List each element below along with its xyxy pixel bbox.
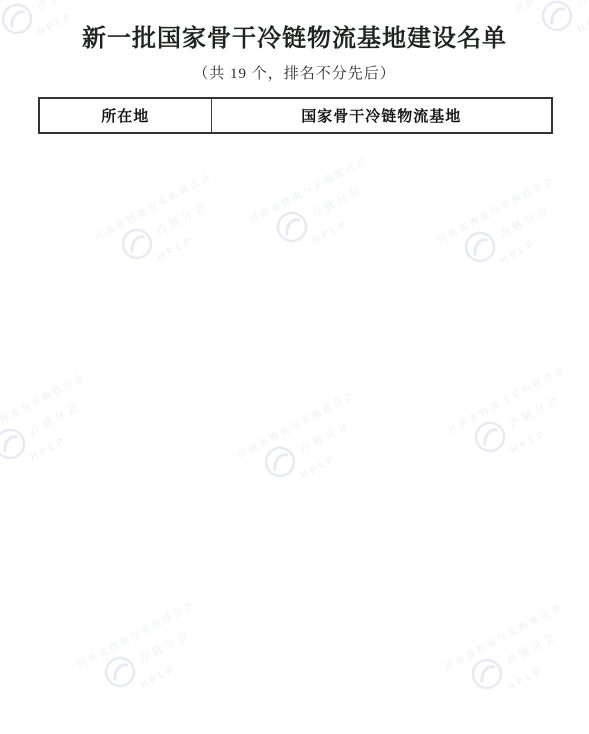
header-location: 所在地 bbox=[39, 98, 211, 133]
watermark-branch-text: 冷链分会 bbox=[36, 0, 91, 12]
watermark: 河南省物流与采购联合会冷链分会HPLP bbox=[425, 354, 589, 489]
header-base-name: 国家骨干冷链物流基地 bbox=[211, 98, 552, 133]
watermark-branch-text: 冷链分会 bbox=[29, 401, 84, 437]
watermark-abbr-text: HPLP bbox=[444, 632, 589, 725]
watermark: 河南省物流与采购联合会冷链分会HPLP bbox=[415, 164, 589, 299]
watermark-org-text: 河南省物流与采购联合会 bbox=[415, 164, 579, 257]
watermark-abbr-text: HPLP bbox=[249, 185, 413, 278]
document: 新一批国家骨干冷链物流基地建设名单 （共 19 个，排名不分先后） 所在地 国家… bbox=[0, 18, 589, 134]
watermark-org-text: 河南省物流与采购联合会 bbox=[425, 354, 589, 447]
watermark-abbr-text: HPLP bbox=[237, 420, 401, 513]
watermark-org-text: 河南省物流与采购联合会 bbox=[215, 379, 379, 472]
cold-chain-base-table: 所在地 国家骨干冷链物流基地 bbox=[38, 97, 553, 134]
watermark-abbr-text: HPLP bbox=[94, 202, 258, 295]
watermark-branch-text: 冷链分会 bbox=[311, 184, 366, 220]
watermark-logo-icon bbox=[115, 222, 158, 265]
watermark-logo-icon bbox=[0, 422, 32, 465]
page-title: 新一批国家骨干冷链物流基地建设名单 bbox=[0, 18, 589, 53]
watermark: 河南省物流与采购联合会冷链分会HPLP bbox=[72, 161, 258, 296]
watermark-org-text: 河南省物流与采购联合会 bbox=[72, 161, 236, 254]
watermark: 河南省物流与采购联合会冷链分会HPLP bbox=[227, 144, 413, 279]
watermark-branch-text: 冷链分会 bbox=[506, 631, 561, 667]
watermark-logo-icon bbox=[458, 225, 501, 268]
watermark-branch-text: 冷链分会 bbox=[139, 629, 194, 665]
watermark-logo-icon bbox=[468, 415, 511, 458]
watermark-branch-text: 冷链分会 bbox=[576, 0, 589, 9]
watermark-abbr-text: HPLP bbox=[77, 630, 241, 723]
watermark: 河南省物流与采购联合会冷链分会HPLP bbox=[215, 379, 401, 514]
watermark-logo-icon bbox=[98, 650, 141, 693]
watermark-org-text: 河南省物流与采购联合会 bbox=[227, 144, 391, 237]
watermark-org-text: 河南省物流与采购联合会 bbox=[55, 589, 219, 682]
watermark: 河南省物流与采购联合会冷链分会HPLP bbox=[0, 361, 131, 496]
watermark-branch-text: 冷链分会 bbox=[156, 201, 211, 237]
watermark-abbr-text: HPLP bbox=[447, 395, 589, 488]
watermark-branch-text: 冷链分会 bbox=[509, 394, 564, 430]
watermark: 河南省物流与采购联合会冷链分会HPLP bbox=[422, 591, 589, 726]
watermark-logo-icon bbox=[270, 205, 313, 248]
watermark-branch-text: 冷链分会 bbox=[299, 419, 354, 455]
watermark-branch-text: 冷链分会 bbox=[499, 204, 554, 240]
watermark-org-text: 河南省物流与采购联合会 bbox=[422, 591, 586, 684]
watermark-abbr-text: HPLP bbox=[437, 205, 589, 298]
watermark: 河南省物流与采购联合会冷链分会HPLP bbox=[55, 589, 241, 724]
watermark-abbr-text: HPLP bbox=[0, 402, 131, 495]
page-subtitle: （共 19 个，排名不分先后） bbox=[0, 62, 589, 83]
watermark-org-text: 河南省物流与采购联合会 bbox=[0, 361, 109, 454]
watermark-logo-icon bbox=[465, 652, 508, 695]
watermark-logo-icon bbox=[258, 440, 301, 483]
table-header-row: 所在地 国家骨干冷链物流基地 bbox=[39, 98, 552, 133]
